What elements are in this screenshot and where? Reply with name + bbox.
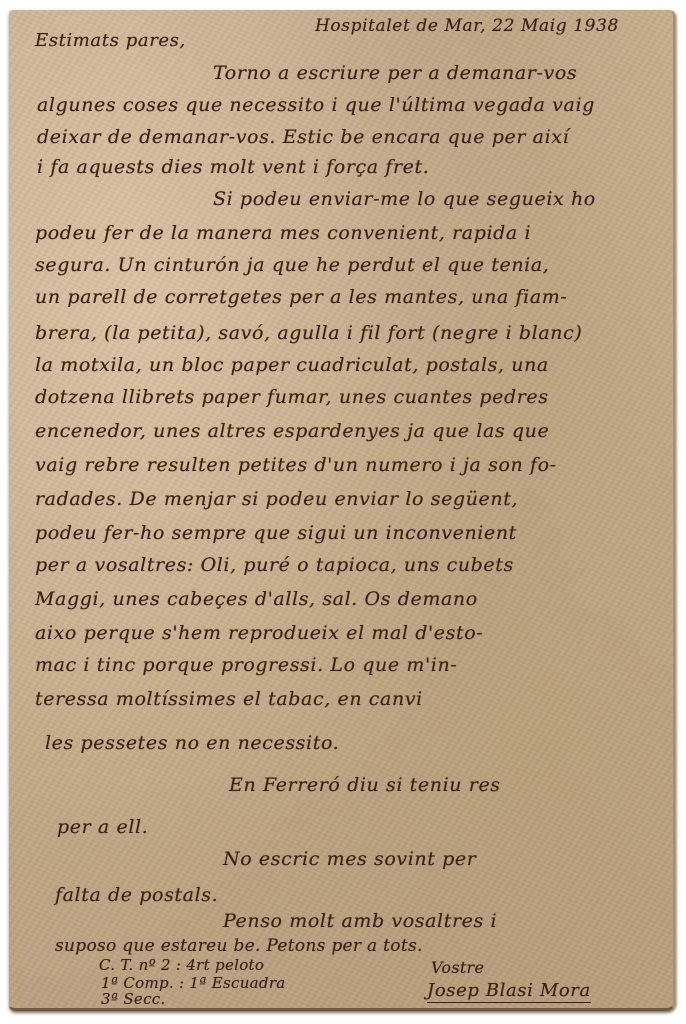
place-and-date: Hospitalet de Mar, 22 Maig 1938 — [315, 18, 619, 35]
letter-line: podeu fer de la manera mes convenient, r… — [35, 224, 531, 243]
letter-line: teressa moltíssimes el tabac, en canvi — [35, 690, 423, 709]
letter-line: brera, (la petita), savó, agulla i fil f… — [35, 324, 582, 343]
letter-line: falta de postals. — [55, 886, 218, 905]
letter-line: No escric mes sovint per — [223, 850, 476, 869]
letter-line: dotzena llibrets paper fumar, unes cuant… — [35, 388, 549, 407]
letter-line: un parell de corretgetes per a les mante… — [35, 288, 567, 307]
letter-line: aixo perque s'hem reprodueix el mal d'es… — [35, 624, 483, 643]
signature: Josep Blasi Mora — [427, 982, 591, 1003]
letter-line: Si podeu enviar-me lo que segueix ho — [213, 190, 596, 209]
letter-line: segura. Un cinturón ja que he perdut el … — [35, 256, 549, 275]
letter-line: per a vosaltres: Oli, puré o tapioca, un… — [35, 556, 514, 575]
letter-line: vaig rebre resulten petites d'un numero … — [35, 456, 557, 475]
postcard-paper: Hospitalet de Mar, 22 Maig 1938 Estimats… — [9, 10, 675, 1011]
letter-line: Torno a escriure per a demanar-vos — [213, 64, 577, 83]
letter-line: i fa aquests dies molt vent i força fret… — [37, 158, 429, 177]
letter-line: deixar de demanar-vos. Estic be encara q… — [37, 128, 569, 147]
salutation: Estimats pares, — [35, 32, 186, 50]
letter-line: radades. De menjar si podeu enviar lo se… — [35, 490, 518, 509]
letter-line: per a ell. — [57, 818, 148, 837]
letter-line: mac i tinc porque progressi. Lo que m'in… — [35, 656, 457, 675]
letter-line: encenedor, unes altres espardenyes ja qu… — [35, 422, 549, 441]
letter-line: suposo que estareu be. Petons per a tots… — [55, 938, 423, 955]
address-line: 3ª Secc. — [101, 992, 166, 1007]
closing: Vostre — [431, 960, 484, 976]
letter-line: podeu fer-ho sempre que sigui un inconve… — [35, 524, 517, 543]
letter-line: Maggi, unes cabeçes d'alls, sal. Os dema… — [35, 590, 478, 609]
letter-line: En Ferreró diu si teniu res — [229, 776, 501, 795]
letter-line: Penso molt amb vosaltres i — [223, 912, 497, 931]
letter-line: algunes coses que necessito i que l'últi… — [37, 96, 595, 115]
letter-line: les pessetes no en necessito. — [45, 734, 339, 753]
address-line: C. T. nº 2 : 4rt peloto — [99, 958, 264, 973]
letter-line: la motxila, un bloc paper cuadriculat, p… — [35, 356, 549, 375]
address-line: 1ª Comp. : 1ª Escuadra — [101, 976, 286, 991]
